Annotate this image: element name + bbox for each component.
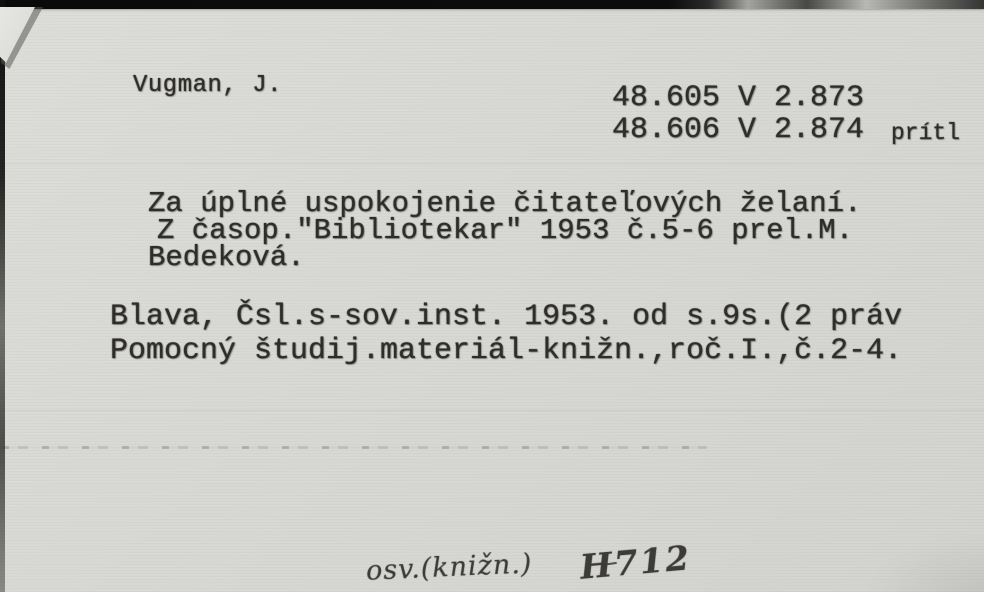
crease-line: [0, 163, 984, 164]
annotation-block: Za úplné uspokojenie čitateľových želaní…: [148, 190, 862, 271]
attachment-note: prítl: [891, 120, 960, 146]
scan-left-edge-shadow: [0, 0, 5, 592]
call-number-block: 48.605 V 2.873 48.606 V 2.874: [612, 82, 864, 146]
corner-smudge: [864, 532, 984, 592]
imprint-line: Pomocný študij.materiál-knižn.,roč.I.,č.…: [110, 334, 902, 368]
imprint-line: Blava, Čsl.s-sov.inst. 1953. od s.9s.(2 …: [110, 300, 902, 334]
annotation-line: Za úplné uspokojenie čitateľových želaní…: [148, 190, 862, 217]
author-heading: Vugman, J.: [133, 72, 282, 99]
call-number-line: 48.606 V 2.874: [612, 114, 864, 146]
imprint-block: Blava, Čsl.s-sov.inst. 1953. od s.9s.(2 …: [110, 300, 902, 368]
handwritten-note: osv.(knižn.): [365, 548, 533, 586]
crease-line: [0, 410, 984, 411]
handwritten-code: H712: [578, 538, 692, 588]
annotation-line: Z časop."Bibliotekar" 1953 č.5-6 prel.M.: [157, 217, 862, 244]
scan-top-edge-shadow: [0, 0, 984, 9]
catalog-card-scan: Vugman, J. 48.605 V 2.873 48.606 V 2.874…: [0, 0, 984, 592]
call-number-line: 48.605 V 2.873: [612, 82, 864, 114]
annotation-line: Bedeková.: [148, 244, 862, 271]
pencil-scratch-line: [2, 446, 707, 449]
